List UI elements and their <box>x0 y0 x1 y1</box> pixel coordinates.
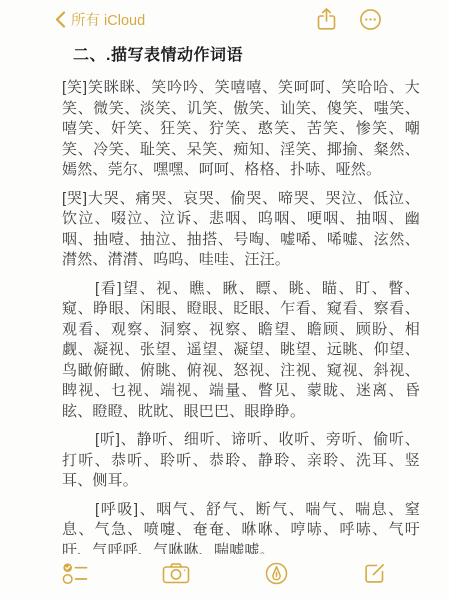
chevron-left-icon <box>55 11 66 28</box>
compose-button[interactable] <box>362 561 387 586</box>
nav-bar: 所有 iCloud <box>0 0 449 32</box>
note-paragraph: [哭]大哭、痛哭、哀哭、偷哭、啼哭、哭泣、低泣、饮泣、啜泣、泣诉、悲咽、呜咽、哽… <box>62 189 420 271</box>
markup-button[interactable] <box>264 561 289 586</box>
back-button[interactable]: 所有 iCloud <box>55 9 145 30</box>
camera-icon <box>162 562 190 584</box>
note-content[interactable]: 二、.描写表情动作词语 [笑]笑眯眯、笑吟吟、笑嘻嘻、笑呵呵、笑哈哈、大笑、微笑… <box>0 32 449 554</box>
compose-icon <box>362 561 387 586</box>
markup-icon <box>264 561 289 586</box>
note-paragraph: [看]望、视、瞧、瞅、瞟、眺、瞄、盯、瞥、窥、睁眼、闲眼、瞪眼、眨眼、乍看、窥看… <box>62 279 420 423</box>
nav-actions <box>316 7 382 31</box>
notes-app-screen: 所有 iCloud <box>0 0 449 600</box>
note-paragraph: [笑]笑眯眯、笑吟吟、笑嘻嘻、笑呵呵、笑哈哈、大笑、微笑、淡笑、讥笑、傲笑、讪笑… <box>62 78 420 181</box>
checklist-icon <box>62 562 89 585</box>
note-paragraph: [呼吸]、咽气、舒气、断气、喘气、喘息、窒息、气急、喷嚏、奄奄、咻咻、哼哧、呼哧… <box>62 500 420 555</box>
camera-button[interactable] <box>162 562 190 584</box>
note-body: [笑]笑眯眯、笑吟吟、笑嘻嘻、笑呵呵、笑哈哈、大笑、微笑、淡笑、讥笑、傲笑、讪笑… <box>62 78 420 554</box>
more-button[interactable] <box>359 8 382 31</box>
note-paragraph: [听]、静听、细听、谛听、收听、旁听、偷听、打听、恭听、聆听、恭聆、静聆、亲聆、… <box>62 430 420 492</box>
bottom-toolbar <box>0 554 449 600</box>
checklist-button[interactable] <box>62 562 89 585</box>
share-button[interactable] <box>316 7 337 31</box>
back-button-label: 所有 iCloud <box>71 9 145 30</box>
note-title: 二、.描写表情动作词语 <box>62 42 420 65</box>
